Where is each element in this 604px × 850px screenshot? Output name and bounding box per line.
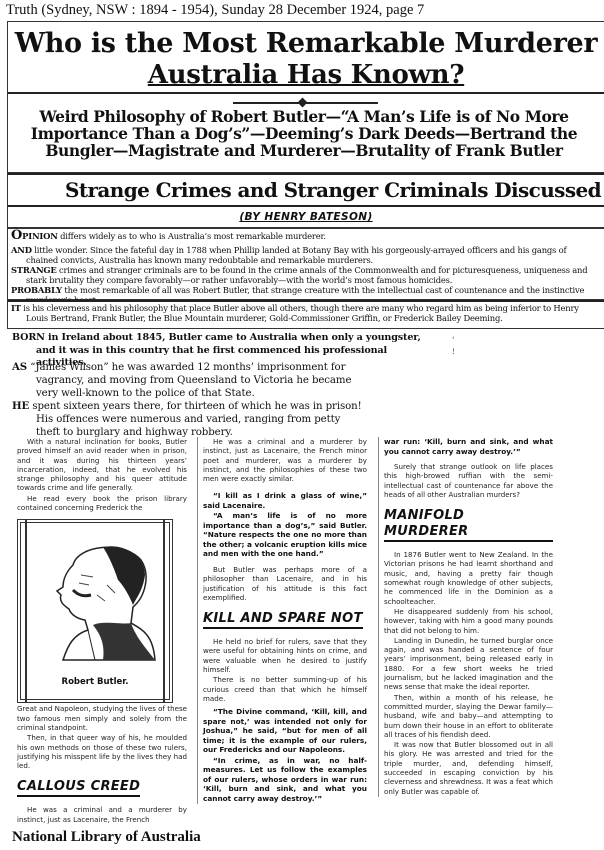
- lead-paragraphs: AS “James Wilson” he was awarded 12 mont…: [12, 361, 367, 439]
- lead-paragraph-he: HE spent sixteen years there, for thirte…: [12, 400, 367, 439]
- ornament-divider: [233, 102, 378, 104]
- citation: Truth (Sydney, NSW : 1894 - 1954), Sunda…: [6, 2, 424, 19]
- intro-paragraph: OPINION differs widely as to who is Aust…: [11, 231, 600, 241]
- intro-paragraph: STRANGE crimes and stranger criminals ar…: [11, 265, 600, 285]
- subhead-line-2: Importance Than a Dog’s”—Deeming’s Dark …: [8, 125, 600, 142]
- section-heading-callous-creed: CALLOUS CREED: [17, 779, 140, 797]
- footer-source: National Library of Australia: [12, 829, 201, 846]
- section-heading-manifold-murderer: MANIFOLD MURDERER: [384, 508, 553, 542]
- portrait-caption: Robert Butler.: [21, 678, 169, 687]
- portrait-robert-butler: Robert Butler.: [20, 522, 170, 700]
- headline-line-2: Australia Has Known?: [8, 60, 604, 90]
- lead-paragraph-as: AS “James Wilson” he was awarded 12 mont…: [12, 361, 367, 400]
- column-3: war run: ‘Kill, burn and sink, and what …: [378, 437, 553, 797]
- intro-paragraph: AND little wonder. Since the fateful day…: [11, 245, 600, 265]
- column-2: He was a criminal and a murderer by inst…: [197, 437, 367, 804]
- byline-text: (BY HENRY BATESON): [239, 211, 372, 223]
- headline-line-1: Who is the Most Remarkable Murderer: [8, 28, 604, 60]
- margin-mark: ‘!: [452, 334, 455, 358]
- deck-headline: Strange Crimes and Stranger Criminals Di…: [7, 173, 604, 207]
- headline: Who is the Most Remarkable Murderer Aust…: [7, 21, 604, 94]
- section-heading-kill-and-spare-not: KILL AND SPARE NOT: [203, 611, 363, 629]
- subheadline: Weird Philosophy of Robert Butler—“A Man…: [7, 94, 604, 173]
- subhead-line-1: Weird Philosophy of Robert Butler—“A Man…: [8, 108, 600, 125]
- column-1: With a natural inclination for books, Bu…: [17, 437, 187, 825]
- deck-text: Strange Crimes and Stranger Criminals Di…: [65, 178, 601, 202]
- subhead-line-3: Bungler—Magistrate and Murderer—Brutalit…: [8, 142, 600, 159]
- intro-block: OPINION differs widely as to who is Aust…: [7, 228, 604, 300]
- intro-paragraph: IT is his cleverness and his philosophy …: [11, 303, 600, 323]
- byline: (BY HENRY BATESON): [7, 207, 604, 228]
- intro-block-2: IT is his cleverness and his philosophy …: [7, 300, 604, 329]
- portrait-illustration: [33, 535, 159, 665]
